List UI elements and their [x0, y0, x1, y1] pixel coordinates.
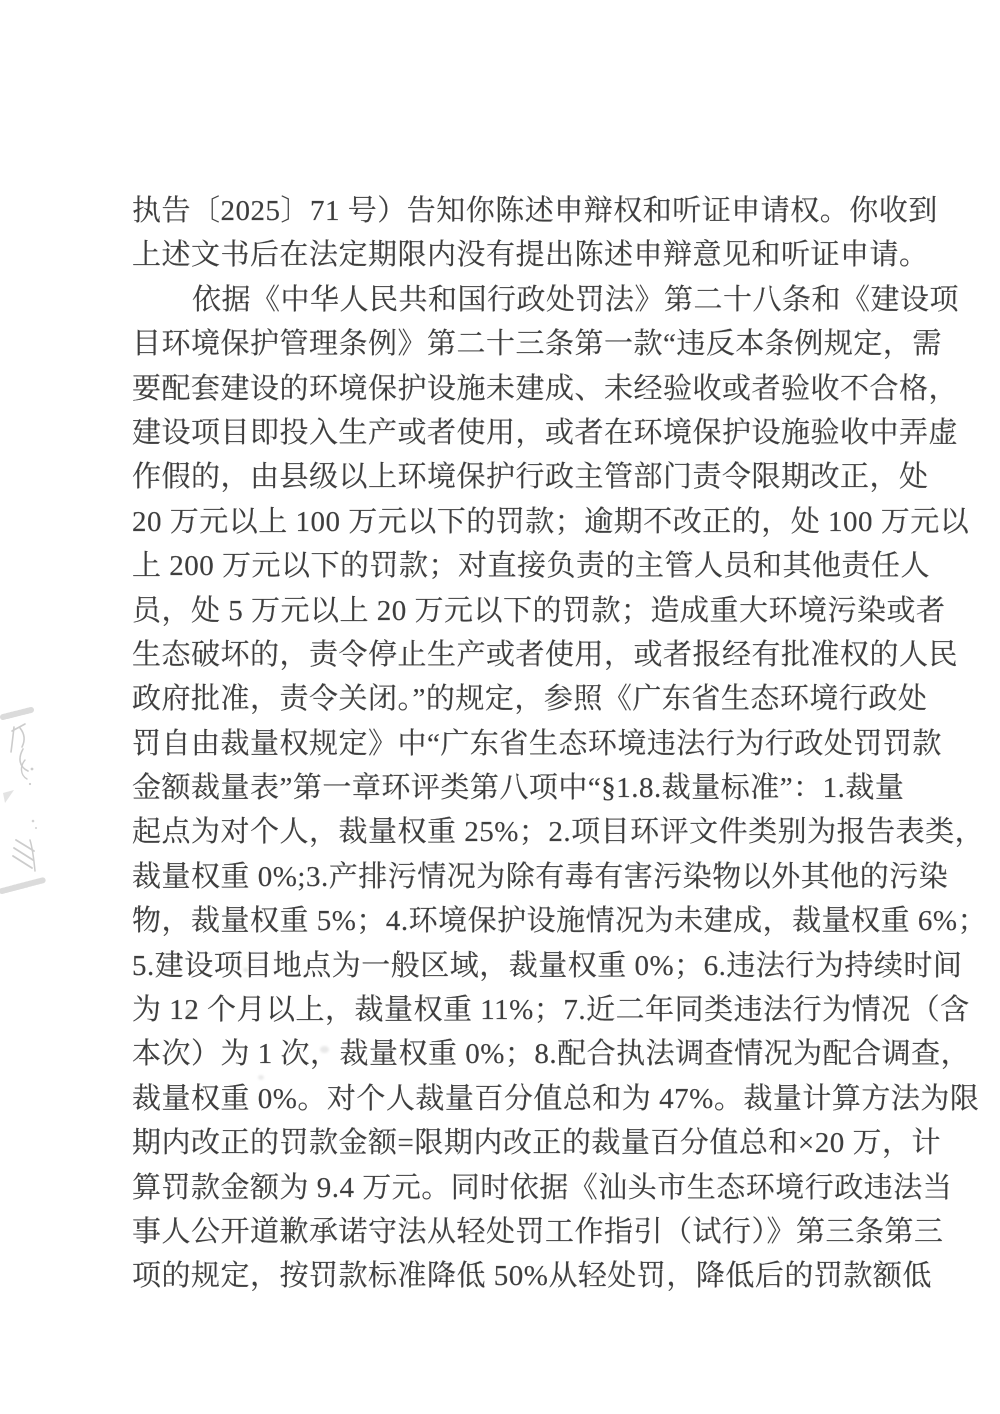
text-line: 5.建设项目地点为一般区域，裁量权重 0%；6.违法行为持续时间 [132, 944, 876, 988]
text-line: 算罚款金额为 9.4 万元。同时依据《汕头市生态环境行政违法当 [132, 1166, 876, 1210]
text-line: 员，处 5 万元以上 20 万元以下的罚款；造成重大环境污染或者 [132, 589, 876, 633]
text-line: 物，裁量权重 5%；4.环境保护设施情况为未建成，裁量权重 6%； [132, 899, 876, 943]
text-line: 为 12 个月以上，裁量权重 11%；7.近二年同类违法行为情况（含 [132, 988, 876, 1032]
text-line: 本次）为 1 次，裁量权重 0%；8.配合执法调查情况为配合调查， [132, 1032, 876, 1076]
text-line: 金额裁量表”第一章环评类第八项中“§1.8.裁量标准”：1.裁量 [132, 766, 876, 810]
text-line: 裁量权重 0%。对个人裁量百分值总和为 47%。裁量计算方法为限 [132, 1077, 876, 1121]
text-line: 目环境保护管理条例》第二十三条第一款“违反本条例规定，需 [132, 322, 876, 366]
text-line: 依据《中华人民共和国行政处罚法》第二十八条和《建设项 [132, 278, 876, 322]
text-line: 裁量权重 0%;3.产排污情况为除有毒有害污染物以外其他的污染 [132, 855, 876, 899]
text-line: 生态破坏的，责令停止生产或者使用，或者报经有批准权的人民 [132, 633, 876, 677]
text-line: 政府批准，责令关闭。”的规定，参照《广东省生态环境行政处 [132, 677, 876, 721]
scan-noise-speck [560, 1062, 564, 1066]
text-line: 建设项目即投入生产或者使用，或者在环境保护设施验收中弄虚 [132, 411, 876, 455]
scan-noise-speck [186, 1008, 193, 1014]
scan-noise-speck [243, 968, 248, 972]
text-line: 起点为对个人，裁量权重 25%；2.项目环评文件类别为报告表类， [132, 810, 876, 854]
scan-noise-speck [320, 1046, 329, 1053]
text-line: 上述文书后在法定期限内没有提出陈述申辩意见和听证申请。 [132, 233, 876, 277]
text-line: 事人公开道歉承诺守法从轻处罚工作指引（试行）》第三条第三 [132, 1210, 876, 1254]
text-line: 执告〔2025〕71 号）告知你陈述申辩权和听证申请权。你收到 [132, 189, 876, 233]
text-line: 项的规定，按罚款标准降低 50%从轻处罚，降低后的罚款额低 [132, 1254, 876, 1298]
text-line: 20 万元以上 100 万元以下的罚款；逾期不改正的，处 100 万元以 [132, 500, 876, 544]
document-page: 执告〔2025〕71 号）告知你陈述申辩权和听证申请权。你收到 上述文书后在法定… [0, 0, 1000, 1414]
scan-noise-speck [426, 1000, 431, 1005]
margin-smudge-artifact [0, 690, 60, 910]
text-line: 罚自由裁量权规定》中“广东省生态环境违法行为行政处罚罚款 [132, 722, 876, 766]
text-line: 上 200 万元以下的罚款；对直接负责的主管人员和其他责任人 [132, 544, 876, 588]
document-body-text: 执告〔2025〕71 号）告知你陈述申辩权和听证申请权。你收到 上述文书后在法定… [132, 189, 876, 1299]
scan-noise-speck [258, 1075, 264, 1080]
text-line: 要配套建设的环境保护设施未建成、未经验收或者验收不合格， [132, 367, 876, 411]
text-line: 作假的，由县级以上环境保护行政主管部门责令限期改正，处 [132, 455, 876, 499]
text-line: 期内改正的罚款金额=限期内改正的裁量百分值总和×20 万，计 [132, 1121, 876, 1165]
